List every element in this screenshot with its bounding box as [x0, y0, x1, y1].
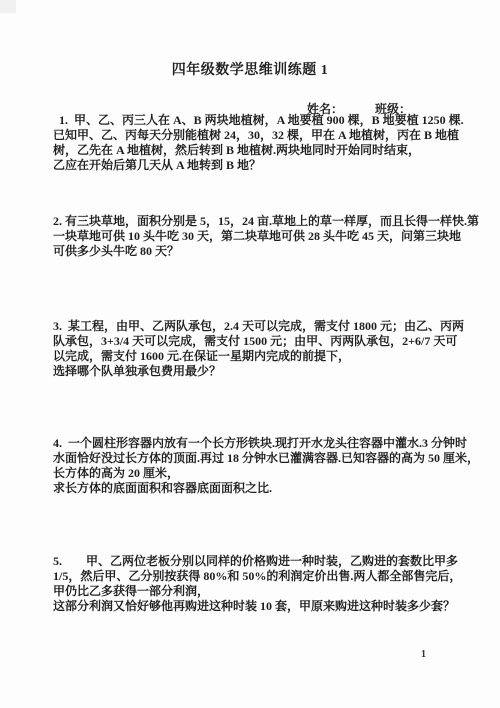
scan-corner-artifact: [0, 0, 16, 13]
problem-4-line-1: 4. 一个圆柱形容器内放有一个长方形铁块.现打开水龙头往容器中灌水.3 分钟时: [53, 436, 453, 451]
problem-2-line-2: 一块草地可供 10 头牛吃 30 天，第二块草地可供 28 头牛吃 45 天，问…: [53, 229, 453, 244]
problem-5-line-3: 甲仍比乙多获得一部分利润，: [53, 584, 453, 599]
problem-1: 1. 甲、乙、丙三人在 A、B 两块地植树，A 地要植 900 棵，B 地要植 …: [53, 113, 453, 173]
problem-4: 4. 一个圆柱形容器内放有一个长方形铁块.现打开水龙头往容器中灌水.3 分钟时 …: [53, 436, 453, 496]
problem-5: 5. 甲、乙两位老板分别以同样的价格购进一种时装，乙购进的套数比甲多 1/5，然…: [53, 554, 453, 614]
problem-4-line-3: 长方体的高为 20 厘米，: [53, 466, 453, 481]
page-number: 1: [421, 649, 426, 660]
page-title: 四年级数学思维训练题 1: [0, 59, 500, 79]
problem-2: 2. 有三块草地，面积分别是 5，15，24 亩.草地上的草一样厚，而且长得一样…: [53, 214, 453, 259]
worksheet-page: 四年级数学思维训练题 1 姓名：班级： 1. 甲、乙、丙三人在 A、B 两块地植…: [0, 0, 500, 708]
problem-1-line-3: 树，乙先在 A 地植树，然后转到 B 地植树.两块地同时开始同时结束，: [53, 143, 453, 158]
problem-5-line-4: 这部分利润又恰好够他再购进这种时装 10 套，甲原来购进这种时装多少套？: [53, 599, 453, 614]
problem-5-line-2: 1/5，然后甲、乙分别按获得 80%和 50%的利润定价出售.两人都全部售完后，: [53, 569, 453, 584]
problem-3-line-4: 选择哪个队单独承包费用最少？: [53, 364, 453, 379]
problem-2-line-1: 2. 有三块草地，面积分别是 5，15，24 亩.草地上的草一样厚，而且长得一样…: [53, 214, 453, 229]
problem-3-line-1: 3. 某工程，由甲、乙两队承包，2.4 天可以完成，需支付 1800 元；由乙、…: [53, 319, 453, 334]
problem-4-line-4: 求长方体的底面面积和容器底面面积之比.: [53, 481, 453, 496]
problem-1-line-1: 1. 甲、乙、丙三人在 A、B 两块地植树，A 地要植 900 棵，B 地要植 …: [53, 113, 453, 128]
problem-3-line-2: 队承包，3+3/4 天可以完成，需支付 1500 元；由甲、丙两队承包，2+6/…: [53, 334, 453, 349]
problem-3-line-3: 以完成，需支付 1600 元.在保证一星期内完成的前提下，: [53, 349, 453, 364]
problem-1-line-4: 乙应在开始后第几天从 A 地转到 B 地？: [53, 158, 453, 173]
problem-3: 3. 某工程，由甲、乙两队承包，2.4 天可以完成，需支付 1800 元；由乙、…: [53, 319, 453, 379]
problem-2-line-3: 可供多少头牛吃 80 天？: [53, 244, 453, 259]
problem-1-line-2: 已知甲、乙、丙每天分别能植树 24，30，32 棵，甲在 A 地植树，丙在 B …: [53, 128, 453, 143]
problem-4-line-2: 水面恰好没过长方体的顶面.再过 18 分钟水已灌满容器.已知容器的高为 50 厘…: [53, 451, 453, 466]
problem-5-line-1: 5. 甲、乙两位老板分别以同样的价格购进一种时装，乙购进的套数比甲多: [53, 554, 453, 569]
